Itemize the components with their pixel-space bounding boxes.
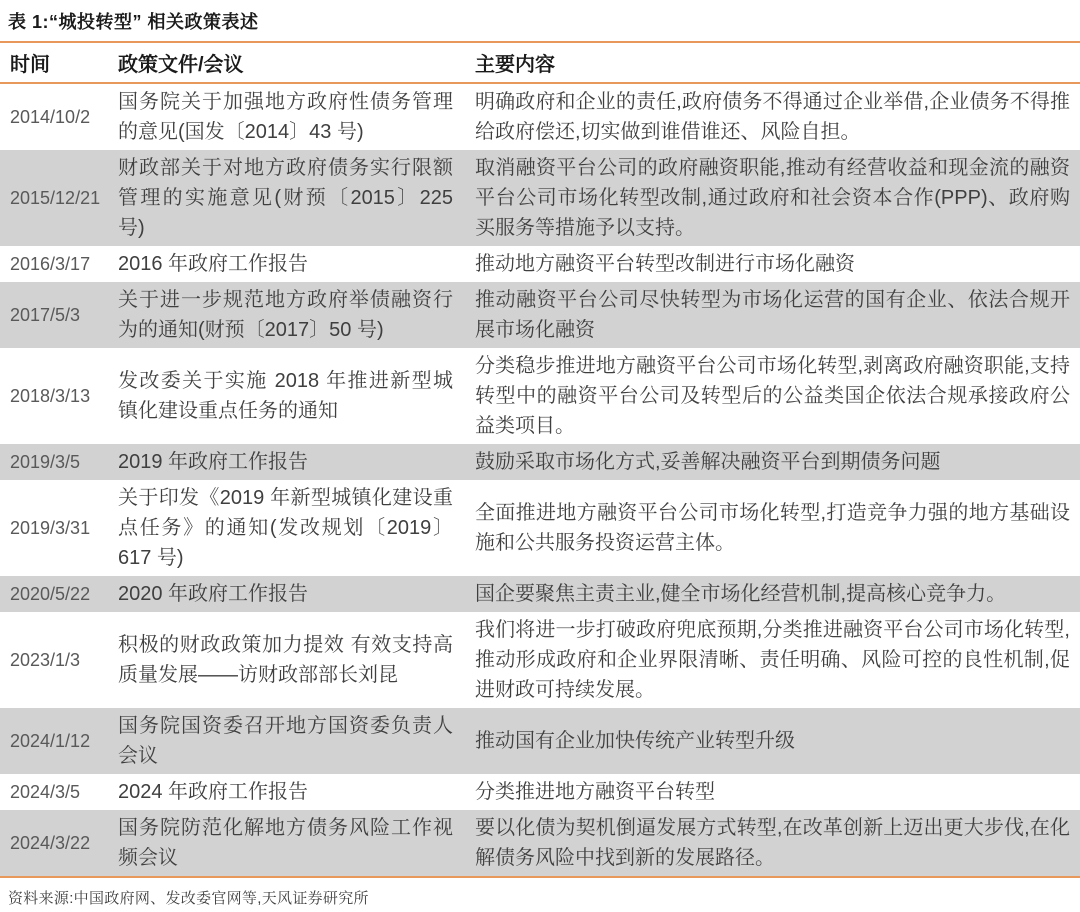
table-row: 2020/5/222020 年政府工作报告国企要聚焦主责主业,健全市场化经营机制… bbox=[0, 576, 1080, 612]
table-title: 表 1:“城投转型” 相关政策表述 bbox=[0, 0, 1080, 41]
table-row: 2014/10/2国务院关于加强地方政府性债务管理的意见(国发〔2014〕43 … bbox=[0, 84, 1080, 150]
cell-document: 国务院国资委召开地方国资委负责人会议 bbox=[118, 711, 475, 771]
cell-content: 推动融资平台公司尽快转型为市场化运营的国有企业、依法合规开展市场化融资 bbox=[475, 285, 1080, 345]
table-row: 2019/3/52019 年政府工作报告鼓励采取市场化方式,妥善解决融资平台到期… bbox=[0, 444, 1080, 480]
cell-document: 国务院关于加强地方政府性债务管理的意见(国发〔2014〕43 号) bbox=[118, 87, 475, 147]
column-header-content: 主要内容 bbox=[475, 48, 1080, 77]
cell-document: 积极的财政政策加力提效 有效支持高质量发展——访财政部部长刘昆 bbox=[118, 630, 475, 690]
cell-content: 鼓励采取市场化方式,妥善解决融资平台到期债务问题 bbox=[475, 447, 1080, 477]
cell-time: 2024/3/5 bbox=[0, 777, 118, 807]
cell-time: 2024/3/22 bbox=[0, 828, 118, 858]
cell-document: 2024 年政府工作报告 bbox=[118, 777, 475, 807]
column-header-time: 时间 bbox=[0, 48, 118, 77]
cell-time: 2019/3/31 bbox=[0, 513, 118, 543]
table-row: 2015/12/21财政部关于对地方政府债务实行限额管理的实施意见(财预〔201… bbox=[0, 150, 1080, 246]
cell-content: 我们将进一步打破政府兜底预期,分类推进融资平台公司市场化转型,推动形成政府和企业… bbox=[475, 615, 1080, 705]
cell-document: 关于印发《2019 年新型城镇化建设重点任务》的通知(发改规划〔2019〕617… bbox=[118, 483, 475, 573]
table-row: 2019/3/31关于印发《2019 年新型城镇化建设重点任务》的通知(发改规划… bbox=[0, 480, 1080, 576]
column-header-document: 政策文件/会议 bbox=[118, 48, 475, 77]
report-table-page: 表 1:“城投转型” 相关政策表述 时间 政策文件/会议 主要内容 2014/1… bbox=[0, 0, 1080, 912]
cell-document: 2020 年政府工作报告 bbox=[118, 579, 475, 609]
cell-content: 取消融资平台公司的政府融资职能,推动有经营收益和现金流的融资平台公司市场化转型改… bbox=[475, 153, 1080, 243]
source-note: 资料来源:中国政府网、发改委官网等,天风证券研究所 bbox=[0, 878, 1080, 908]
table-row: 2017/5/3关于进一步规范地方政府举债融资行为的通知(财预〔2017〕50 … bbox=[0, 282, 1080, 348]
table-row: 2024/3/22国务院防范化解地方债务风险工作视频会议要以化债为契机倒逼发展方… bbox=[0, 810, 1080, 876]
policy-table: 时间 政策文件/会议 主要内容 2014/10/2国务院关于加强地方政府性债务管… bbox=[0, 41, 1080, 878]
cell-content: 国企要聚焦主责主业,健全市场化经营机制,提高核心竞争力。 bbox=[475, 579, 1080, 609]
table-row: 2023/1/3积极的财政政策加力提效 有效支持高质量发展——访财政部部长刘昆我… bbox=[0, 612, 1080, 708]
cell-time: 2018/3/13 bbox=[0, 381, 118, 411]
table-header-row: 时间 政策文件/会议 主要内容 bbox=[0, 41, 1080, 84]
table-row: 2024/3/52024 年政府工作报告分类推进地方融资平台转型 bbox=[0, 774, 1080, 810]
table-body: 2014/10/2国务院关于加强地方政府性债务管理的意见(国发〔2014〕43 … bbox=[0, 84, 1080, 876]
cell-content: 全面推进地方融资平台公司市场化转型,打造竞争力强的地方基础设施和公共服务投资运营… bbox=[475, 498, 1080, 558]
cell-time: 2014/10/2 bbox=[0, 102, 118, 132]
cell-time: 2017/5/3 bbox=[0, 300, 118, 330]
cell-content: 推动地方融资平台转型改制进行市场化融资 bbox=[475, 249, 1080, 279]
cell-time: 2024/1/12 bbox=[0, 726, 118, 756]
cell-document: 2016 年政府工作报告 bbox=[118, 249, 475, 279]
cell-time: 2016/3/17 bbox=[0, 249, 118, 279]
cell-content: 推动国有企业加快传统产业转型升级 bbox=[475, 726, 1080, 756]
cell-content: 分类稳步推进地方融资平台公司市场化转型,剥离政府融资职能,支持转型中的融资平台公… bbox=[475, 351, 1080, 441]
cell-document: 国务院防范化解地方债务风险工作视频会议 bbox=[118, 813, 475, 873]
cell-time: 2020/5/22 bbox=[0, 579, 118, 609]
table-row: 2018/3/13发改委关于实施 2018 年推进新型城镇化建设重点任务的通知分… bbox=[0, 348, 1080, 444]
table-row: 2016/3/172016 年政府工作报告推动地方融资平台转型改制进行市场化融资 bbox=[0, 246, 1080, 282]
cell-content: 分类推进地方融资平台转型 bbox=[475, 777, 1080, 807]
table-row: 2024/1/12国务院国资委召开地方国资委负责人会议推动国有企业加快传统产业转… bbox=[0, 708, 1080, 774]
cell-document: 发改委关于实施 2018 年推进新型城镇化建设重点任务的通知 bbox=[118, 366, 475, 426]
cell-time: 2015/12/21 bbox=[0, 183, 118, 213]
cell-document: 财政部关于对地方政府债务实行限额管理的实施意见(财预〔2015〕225 号) bbox=[118, 153, 475, 243]
cell-content: 明确政府和企业的责任,政府债务不得通过企业举借,企业债务不得推给政府偿还,切实做… bbox=[475, 87, 1080, 147]
cell-time: 2019/3/5 bbox=[0, 447, 118, 477]
cell-time: 2023/1/3 bbox=[0, 645, 118, 675]
cell-document: 2019 年政府工作报告 bbox=[118, 447, 475, 477]
cell-document: 关于进一步规范地方政府举债融资行为的通知(财预〔2017〕50 号) bbox=[118, 285, 475, 345]
cell-content: 要以化债为契机倒逼发展方式转型,在改革创新上迈出更大步伐,在化解债务风险中找到新… bbox=[475, 813, 1080, 873]
